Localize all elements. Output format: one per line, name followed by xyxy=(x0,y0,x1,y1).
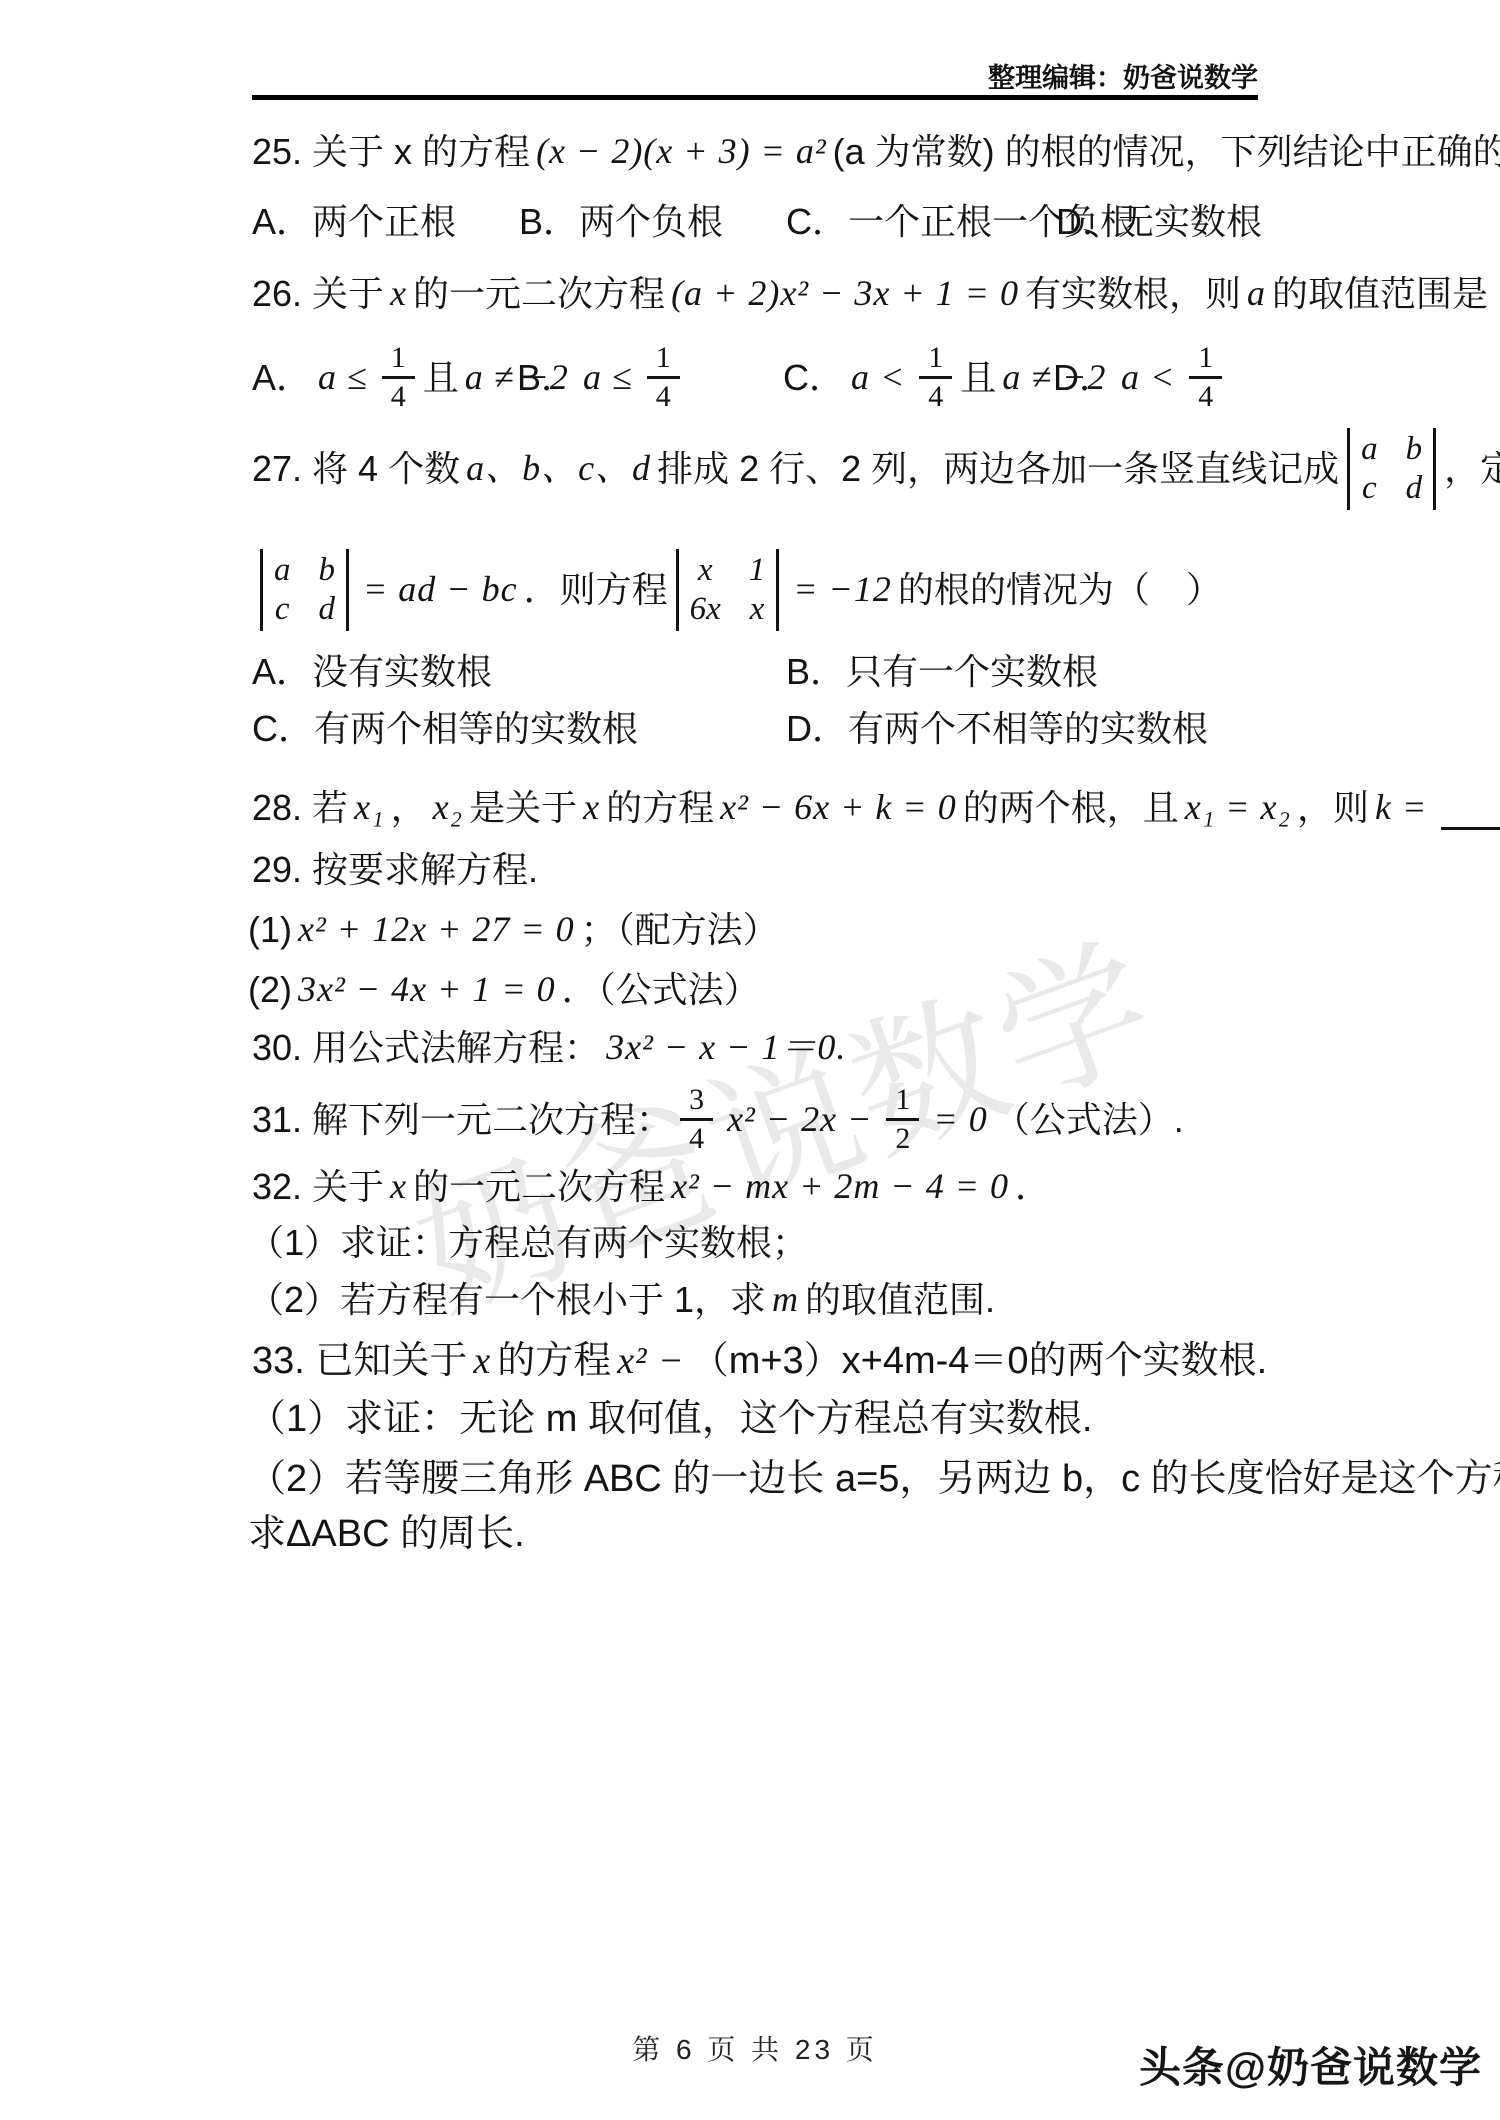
part-2-label: (2) xyxy=(248,968,292,1011)
question-27-formula: = ad − bc xyxy=(363,568,518,611)
det-entry-c: c xyxy=(1362,471,1377,506)
fraction-numerator: 3 xyxy=(680,1082,713,1118)
question-25-option-b: B．两个负根 xyxy=(519,200,723,244)
fraction-three-fourths: 34 xyxy=(680,1082,713,1157)
fraction-numerator: 1 xyxy=(647,340,680,376)
question-28-stem: 28. 若 x₁ ， x₂ 是关于 x 的方程 x² − 6x + k = 0 … xyxy=(252,783,1500,833)
question-26-equation: (a + 2)x² − 3x + 1 = 0 xyxy=(671,272,1019,315)
question-27-option-b: B．只有一个实数根 xyxy=(786,650,1098,694)
question-33-text-3: 的两个实数根. xyxy=(1029,1339,1268,1385)
question-32-text-1: 32. 关于 xyxy=(252,1165,384,1208)
question-28-text-3: 的方程 xyxy=(606,786,714,829)
question-27-text-1: 27. 将 4 个数 xyxy=(252,447,460,490)
question-30-stem: 30. 用公式法解方程： 3x² − x − 1＝0. xyxy=(252,1026,852,1070)
question-29-text: 29. 按要求解方程. xyxy=(252,848,538,891)
question-28-comma: ， xyxy=(391,786,427,829)
fraction-numerator: 1 xyxy=(1189,340,1222,376)
question-32-part-2: （2）若方程有一个根小于 1，求 m 的取值范围. xyxy=(248,1278,995,1322)
question-32-part-1: （1）求证：方程总有两个实数根； xyxy=(248,1221,808,1265)
question-28-x2: x₂ xyxy=(433,786,464,829)
option-b-label: B．只有一个实数根 xyxy=(786,650,1098,693)
question-28-text-4: 的两个根，且 xyxy=(963,786,1179,829)
question-33-var-x: x xyxy=(473,1339,491,1385)
part-1-text: （1）求证：无论 m 取何值，这个方程总有实数根. xyxy=(248,1397,1092,1443)
option-a-label: A．两个正根 xyxy=(252,200,456,243)
question-28-condition: x₁ = x₂ xyxy=(1185,786,1291,829)
fraction-one-fourth: 14 xyxy=(1189,340,1222,415)
part-2-equation: 3x² − 4x + 1 = 0 xyxy=(298,968,556,1011)
question-33-part-1: （1）求证：无论 m 取何值，这个方程总有实数根. xyxy=(248,1398,1092,1442)
fraction-one-fourth: 14 xyxy=(919,340,952,415)
question-25-option-a: A．两个正根 xyxy=(252,200,456,244)
fraction-one-half: 12 xyxy=(886,1082,919,1157)
det-entry-d: d xyxy=(1406,471,1423,506)
fraction-numerator: 1 xyxy=(919,340,952,376)
determinant-abcd: abcd xyxy=(1347,428,1436,510)
question-29-part-2: (2) 3x² − 4x + 1 = 0 ．（公式法） xyxy=(248,968,760,1012)
question-26-stem: 26. 关于 x 的一元二次方程 (a + 2)x² − 3x + 1 = 0 … xyxy=(252,272,1500,316)
question-26-var-a: a xyxy=(1247,272,1266,315)
det-entry-c: 6x xyxy=(690,592,721,627)
question-32-stem: 32. 关于 x 的一元二次方程 x² − mx + 2m − 4 = 0 ． xyxy=(252,1163,1051,1211)
question-32-text-2: 的一元二次方程 xyxy=(413,1165,665,1208)
option-a-and: 且 xyxy=(423,356,459,399)
option-a-math: a ≤ xyxy=(318,356,368,399)
question-33-equation-head: x² − xyxy=(617,1339,684,1385)
det-entry-c: c xyxy=(275,592,290,627)
part-1-text: （1）求证：方程总有两个实数根； xyxy=(248,1221,808,1264)
det-entry-a: a xyxy=(274,553,291,588)
question-25-option-d: D．无实数根 xyxy=(1056,200,1262,244)
question-25-equation: (x − 2)(x + 3) = a² xyxy=(536,130,827,173)
question-32-equation: x² − mx + 2m − 4 = 0 xyxy=(671,1165,1009,1208)
question-27-text-5: 的根的情况为（ ） xyxy=(898,568,1222,611)
question-28-x1: x₁ xyxy=(354,786,385,829)
part-1-method: ；（配方法） xyxy=(581,908,779,951)
option-c-label: C．有两个相等的实数根 xyxy=(252,707,638,750)
fraction-denominator: 2 xyxy=(886,1118,919,1157)
option-a-label: A． xyxy=(252,356,312,399)
corner-watermark: 头条@奶爸说数学 xyxy=(1139,2035,1482,2095)
question-31-method: （公式法）. xyxy=(994,1098,1184,1141)
question-26-text-3: 有实数根，则 xyxy=(1025,272,1241,315)
question-31-stem: 31. 解下列一元二次方程： 34 x² − 2x − 12 = 0 （公式法）… xyxy=(252,1072,1184,1167)
option-c-label: C． xyxy=(783,356,845,399)
worksheet-page: 奶爸说数学 整理编辑：奶爸说数学 25. 关于 x 的方程 (x − 2)(x … xyxy=(0,0,1500,2120)
question-33-equation-tail: （m+3）x+4m-4＝0 xyxy=(691,1339,1029,1385)
det-entry-d: x xyxy=(750,592,765,627)
option-d-label: D．有两个不相等的实数根 xyxy=(786,707,1208,750)
question-28-equation: x² − 6x + k = 0 xyxy=(720,786,957,829)
question-27-text-2: 排成 2 行、2 列，两边各加一条竖直线记成 xyxy=(657,447,1339,490)
part-2-continued-text: 求ΔABC 的周长. xyxy=(248,1512,525,1558)
question-33-text-1: 33. 已知关于 xyxy=(252,1339,467,1385)
header-credit: 整理编辑：奶爸说数学 xyxy=(252,56,1258,95)
question-27-text-4: ．则方程 xyxy=(524,568,668,611)
option-c-math: a < xyxy=(851,356,905,399)
question-31-text: 31. 解下列一元二次方程： xyxy=(252,1098,672,1141)
question-27-definition: abcd = ad − bc ．则方程 x16xx = −12 的根的情况为（ … xyxy=(252,548,1222,632)
part-1-equation: x² + 12x + 27 = 0 xyxy=(298,908,575,951)
question-31-equation-mid: x² − 2x − xyxy=(727,1098,872,1141)
question-30-text: 30. 用公式法解方程： xyxy=(252,1026,600,1069)
question-27-vars: a、b、c、d xyxy=(466,447,651,490)
part-2-text: （2）若等腰三角形 ABC 的一边长 a=5，另两边 b，c 的长度恰好是这个方… xyxy=(248,1457,1500,1503)
question-26-option-b: B． a ≤ 14 xyxy=(517,330,688,425)
option-d-math: a < xyxy=(1121,356,1175,399)
question-27-stem: 27. 将 4 个数 a、b、c、d 排成 2 行、2 列，两边各加一条竖直线记… xyxy=(252,428,1500,510)
question-28-k-equals: k = xyxy=(1375,786,1427,829)
question-25-text-2: (a 为常数) 的根的情况，下列结论中正确的是（ ） xyxy=(833,130,1500,173)
det-entry-b: b xyxy=(319,553,336,588)
question-26-option-d: D． a < 14 xyxy=(1053,330,1230,425)
determinant-abcd: abcd xyxy=(260,549,349,631)
question-28-var-x: x xyxy=(583,786,600,829)
option-c-and: 且 xyxy=(960,356,996,399)
question-31-equals-zero: = 0 xyxy=(933,1098,987,1141)
question-26-text-1: 26. 关于 xyxy=(252,272,384,315)
det-entry-b: 1 xyxy=(749,553,766,588)
part-2-method: ．（公式法） xyxy=(562,968,760,1011)
determinant-x16xx: x16xx xyxy=(676,549,780,631)
fraction-one-fourth: 14 xyxy=(382,340,415,415)
question-29-part-1: (1) x² + 12x + 27 = 0 ；（配方法） xyxy=(248,908,779,952)
answer-blank xyxy=(1441,787,1500,830)
question-27-option-d: D．有两个不相等的实数根 xyxy=(786,707,1208,751)
det-entry-a: x xyxy=(698,553,713,588)
question-28-text-5: ，则 xyxy=(1297,786,1369,829)
question-28-text-1: 28. 若 xyxy=(252,786,348,829)
option-b-math: a ≤ xyxy=(583,356,633,399)
question-26-text-2: 的一元二次方程 xyxy=(413,272,665,315)
part-1-label: (1) xyxy=(248,908,292,951)
question-25-stem: 25. 关于 x 的方程 (x − 2)(x + 3) = a² (a 为常数)… xyxy=(252,130,1500,174)
question-27-option-c: C．有两个相等的实数根 xyxy=(252,707,638,751)
question-26-text-4: 的取值范围是（ ） xyxy=(1272,272,1500,315)
question-29-title: 29. 按要求解方程. xyxy=(252,848,538,892)
question-32-var-x: x xyxy=(390,1165,407,1208)
option-b-label: B．两个负根 xyxy=(519,200,723,243)
question-27-equals: = −12 xyxy=(793,568,892,611)
det-entry-d: d xyxy=(319,592,336,627)
question-33-part-2-continued: 求ΔABC 的周长. xyxy=(248,1513,525,1557)
question-32-period: ． xyxy=(1015,1165,1051,1208)
fraction-denominator: 4 xyxy=(919,376,952,415)
question-33-text-2: 的方程 xyxy=(497,1339,611,1385)
question-33-part-2: （2）若等腰三角形 ABC 的一边长 a=5，另两边 b，c 的长度恰好是这个方… xyxy=(248,1458,1500,1502)
question-33-stem: 33. 已知关于 x 的方程 x² − （m+3）x+4m-4＝0 的两个实数根… xyxy=(252,1340,1267,1384)
question-28-text-2: 是关于 xyxy=(469,786,577,829)
option-b-label: B． xyxy=(517,356,577,399)
page-number: 第 6 页 共 23 页 xyxy=(252,2028,1258,2068)
option-a-label: A．没有实数根 xyxy=(252,650,492,693)
option-d-label: D．无实数根 xyxy=(1056,200,1262,243)
part-2-var-m: m xyxy=(772,1278,799,1321)
fraction-denominator: 4 xyxy=(382,376,415,415)
fraction-numerator: 1 xyxy=(382,340,415,376)
option-d-label: D． xyxy=(1053,356,1115,399)
part-2-text-2: 的取值范围. xyxy=(805,1278,995,1321)
fraction-denominator: 4 xyxy=(647,376,680,415)
question-30-equation: 3x² − x − 1＝0. xyxy=(606,1026,846,1069)
header-rule xyxy=(252,95,1258,100)
question-25-text-1: 25. 关于 x 的方程 xyxy=(252,130,530,173)
fraction-denominator: 4 xyxy=(680,1118,713,1157)
fraction-denominator: 4 xyxy=(1189,376,1222,415)
question-27-option-a: A．没有实数根 xyxy=(252,650,492,694)
det-entry-b: b xyxy=(1406,432,1423,467)
part-2-text-1: （2）若方程有一个根小于 1，求 xyxy=(248,1278,766,1321)
fraction-numerator: 1 xyxy=(886,1082,919,1118)
det-entry-a: a xyxy=(1361,432,1378,467)
question-26-var-x: x xyxy=(390,272,407,315)
question-27-text-3: ，定义 xyxy=(1444,447,1500,490)
fraction-one-fourth: 14 xyxy=(647,340,680,415)
